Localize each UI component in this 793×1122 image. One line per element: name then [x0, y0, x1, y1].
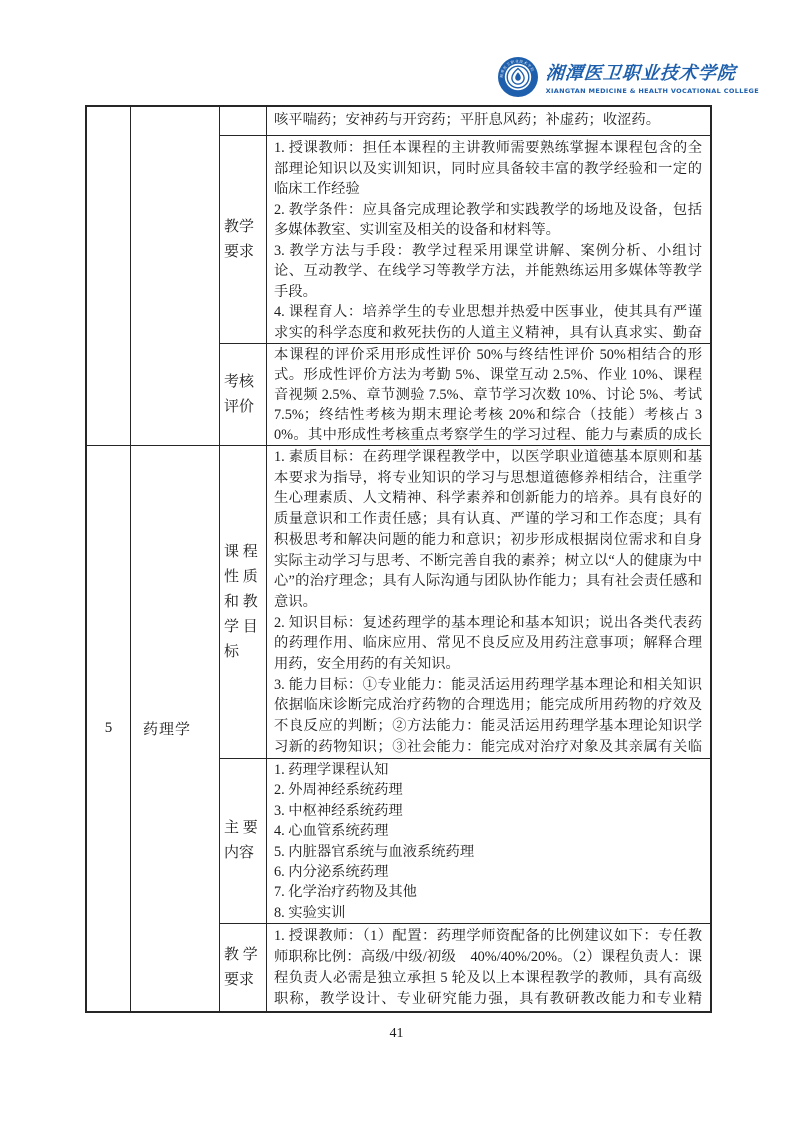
section-content-teaching-requirements: 1. 授课教师：担任本课程的主讲教师需要熟练掌握本课程包含的全部理论知识以及实训… [266, 135, 710, 343]
course-name-cell-empty [130, 107, 219, 445]
college-name-block: 湘潭医卫职业技术学院 XIANGTAN MEDICINE & HEALTH VO… [546, 59, 759, 95]
section-label-teaching-requirements: 教学 要求 [219, 135, 266, 343]
section-label-teaching-requirements-2: 教 学 要求 [219, 923, 266, 1011]
section-label-course-nature-objectives: 课 程 性 质 和 教 学 目 标 [219, 445, 266, 758]
course-index-cell-empty [87, 107, 130, 445]
college-name-en: XIANGTAN MEDICINE & HEALTH VOCATIONAL CO… [546, 87, 759, 95]
section-label-main-content: 主 要 内容 [219, 758, 266, 923]
section-label-assessment: 考核 评价 [219, 343, 266, 445]
college-emblem-icon: 湘潭医卫职业技术学院 [497, 56, 539, 98]
curriculum-table: 5 药理学 咳平喘药；安神药与开窍药；平肝息风药；补虚药；收涩药。 教学 要求 … [85, 105, 712, 1013]
college-logo: 湘潭医卫职业技术学院 湘潭医卫职业技术学院 XIANGTAN MEDICINE … [497, 56, 759, 98]
page-number: 41 [0, 1026, 793, 1042]
section-label-empty [219, 107, 266, 135]
section-content-course-nature-objectives: 1. 素质目标：在药理学课程教学中，以医学职业道德基本原则和基本要求为指导，将专… [266, 445, 710, 758]
section-content-drug-list: 咳平喘药；安神药与开窍药；平肝息风药；补虚药；收涩药。 [266, 107, 710, 135]
section-content-teaching-requirements-2: 1. 授课教师：（1）配置：药理学师资配备的比例建议如下：专任教师职称比例：高级… [266, 923, 710, 1011]
course-index-cell: 5 [87, 445, 130, 1011]
section-content-main-content: 1. 药理学课程认知 2. 外周神经系统药理 3. 中枢神经系统药理 4. 心血… [266, 758, 710, 923]
college-name-zh: 湘潭医卫职业技术学院 [545, 59, 760, 85]
course-name-cell: 药理学 [130, 445, 219, 1011]
section-content-assessment: 本课程的评价采用形成性评价 50%与终结性评价 50%相结合的形式。形成性评价方… [266, 343, 710, 445]
